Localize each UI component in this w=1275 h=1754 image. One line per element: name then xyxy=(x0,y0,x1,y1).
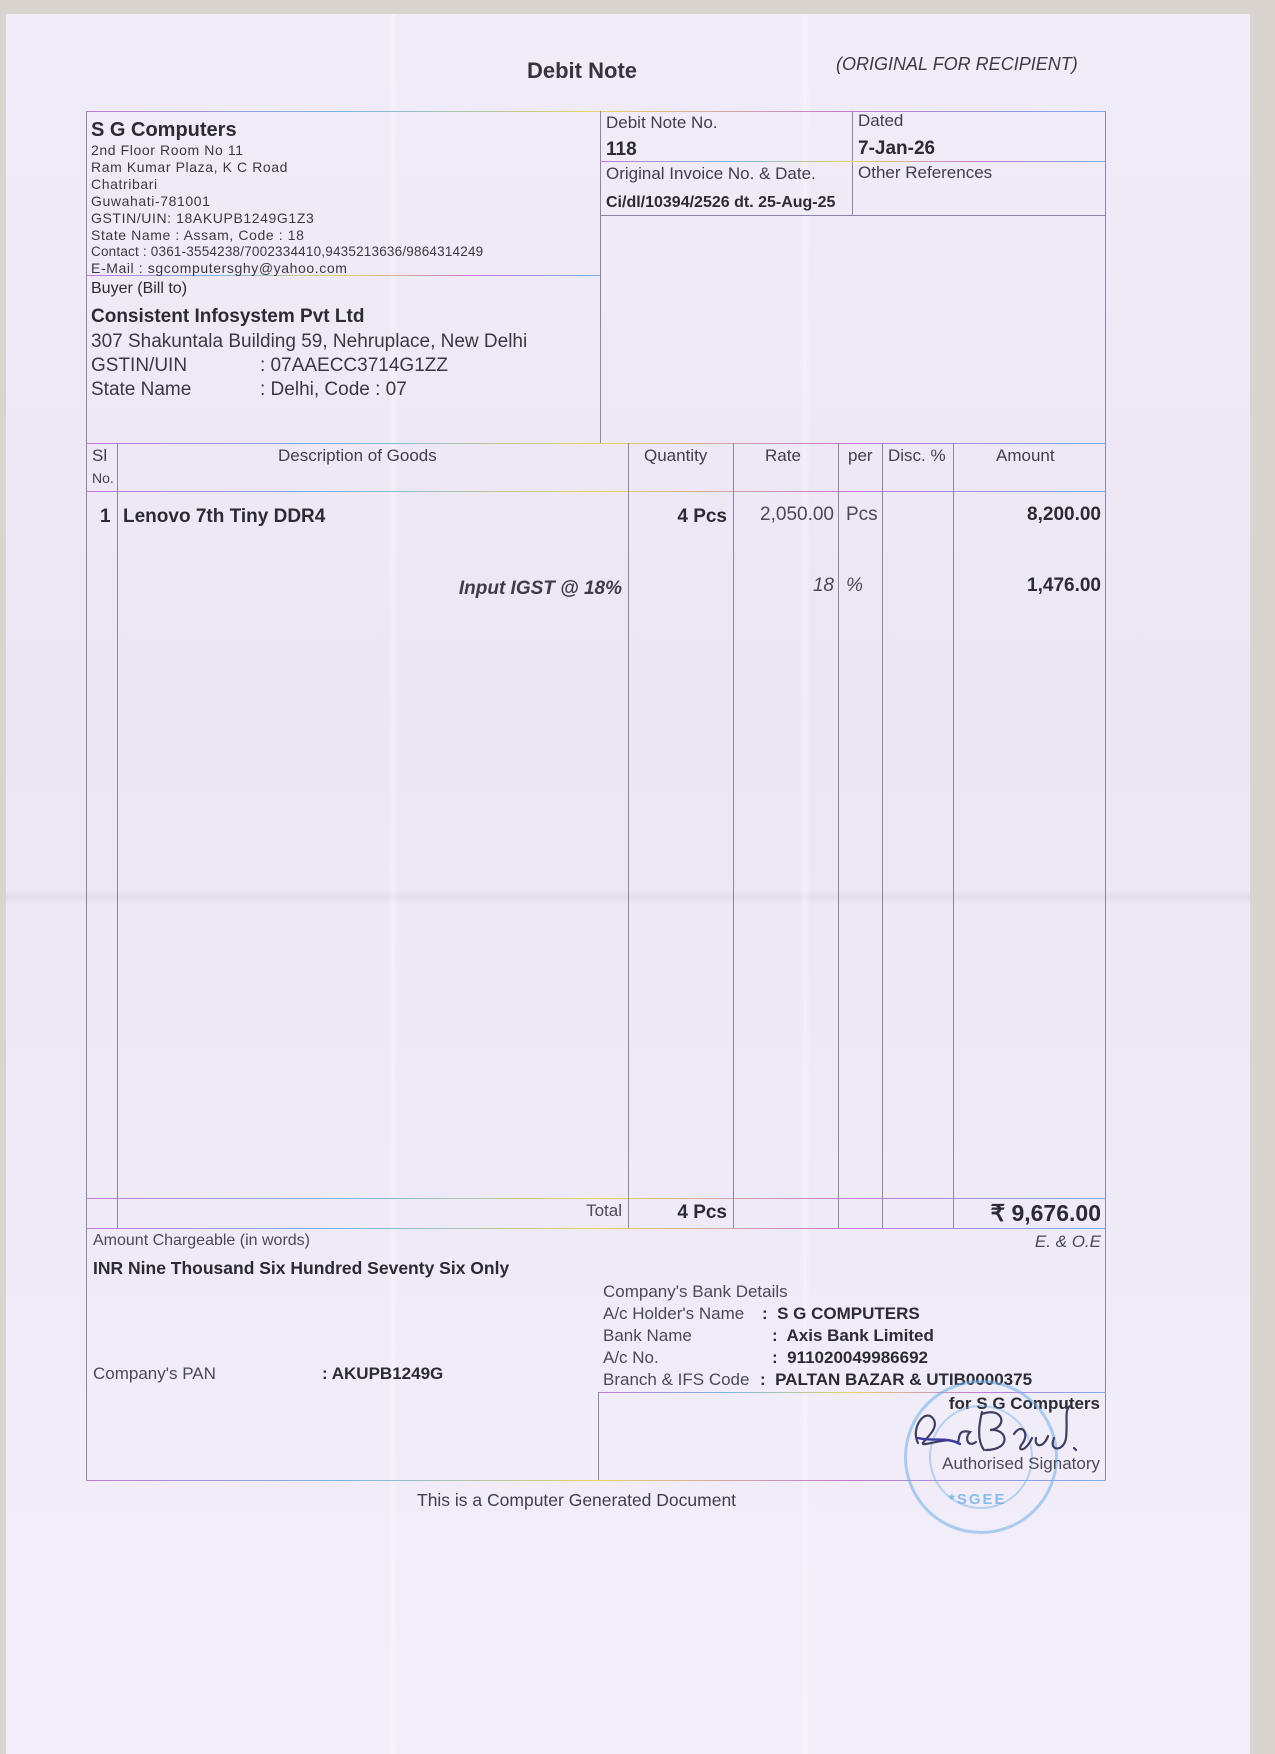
seller-address-line: 2nd Floor Room No 11 xyxy=(91,142,244,158)
item-quantity: 4 Pcs xyxy=(633,506,727,528)
table-bottom-border xyxy=(86,1228,1106,1229)
seller-state: State Name : Assam, Code : 18 xyxy=(91,227,305,243)
bank-name: Axis Bank Limited xyxy=(786,1326,933,1345)
item-rate: 2,050.00 xyxy=(738,504,834,526)
debit-note-no: 118 xyxy=(606,139,637,161)
header-quantity: Quantity xyxy=(644,446,707,466)
bank-name-value: : Axis Bank Limited xyxy=(772,1326,934,1346)
account-no: 911020049986692 xyxy=(787,1348,928,1367)
col-divider-disc xyxy=(953,443,954,1228)
seller-address-line: Guwahati-781001 xyxy=(91,193,211,209)
header-description: Description of Goods xyxy=(278,446,437,466)
header-disc: Disc. % xyxy=(888,446,946,466)
buyer-name: Consistent Infosystem Pvt Ltd xyxy=(91,306,364,328)
account-no-value: : 911020049986692 xyxy=(772,1348,928,1368)
buyer-label: Buyer (Bill to) xyxy=(91,280,187,298)
bank-name-label: Bank Name xyxy=(603,1326,692,1346)
header-rate: Rate xyxy=(765,446,801,466)
paper-fold xyxy=(800,14,810,1754)
seller-gstin: GSTIN/UIN: 18AKUPB1249G1Z3 xyxy=(91,210,314,226)
col-divider-desc xyxy=(628,443,629,1228)
original-invoice-value: Ci/dl/10394/2526 dt. 25-Aug-25 xyxy=(606,194,835,212)
buyer-state-label: State Name xyxy=(91,379,191,401)
eoe-label: E. & O.E xyxy=(958,1232,1101,1252)
dated-label: Dated xyxy=(858,111,903,131)
col-divider-sl xyxy=(117,443,118,1228)
total-quantity: 4 Pcs xyxy=(633,1202,727,1224)
seller-address-line: Ram Kumar Plaza, K C Road xyxy=(91,159,288,175)
frame-top-border xyxy=(86,111,1106,112)
header-sl: Sl xyxy=(92,446,107,466)
authorised-signatory-label: Authorised Signatory xyxy=(860,1454,1100,1474)
seller-contact: Contact : 0361-3554238/7002334410,943521… xyxy=(91,244,483,259)
account-no-label: A/c No. xyxy=(603,1348,659,1368)
item-per: Pcs xyxy=(846,504,878,526)
original-invoice-label: Original Invoice No. & Date. xyxy=(606,164,816,184)
copy-label: (ORIGINAL FOR RECIPIENT) xyxy=(836,54,1078,75)
col-divider-qty xyxy=(733,443,734,1228)
bank-holder-name: S G COMPUTERS xyxy=(777,1304,920,1323)
other-references-label: Other References xyxy=(858,163,992,183)
bank-details-title: Company's Bank Details xyxy=(603,1282,788,1302)
buyer-gstin-value: : 07AAECC3714G1ZZ xyxy=(260,355,448,377)
col-divider-rate xyxy=(838,443,839,1228)
seller-email: E-Mail : sgcomputersghy@yahoo.com xyxy=(91,260,348,276)
tax-description: Input IGST @ 18% xyxy=(300,578,622,600)
buyer-gstin-label: GSTIN/UIN xyxy=(91,355,187,377)
amount-words-label: Amount Chargeable (in words) xyxy=(93,1232,310,1250)
amount-words: INR Nine Thousand Six Hundred Seventy Si… xyxy=(93,1258,509,1279)
header-amount: Amount xyxy=(996,446,1055,466)
stamp-text: *SGEE xyxy=(949,1491,1007,1508)
signatory-box-left xyxy=(598,1392,599,1480)
bank-holder-label: A/c Holder's Name xyxy=(603,1304,744,1324)
signatory-box-top xyxy=(598,1392,1106,1393)
dated-value: 7-Jan-26 xyxy=(858,138,935,160)
debit-note-no-label: Debit Note No. xyxy=(606,113,718,133)
frame-right-border xyxy=(1105,111,1106,1481)
buyer-address: 307 Shakuntala Building 59, Nehruplace, … xyxy=(91,331,527,353)
col-divider-per xyxy=(882,443,883,1228)
total-label: Total xyxy=(500,1201,622,1221)
tax-amount: 1,476.00 xyxy=(958,575,1101,597)
item-sl: 1 xyxy=(100,506,111,528)
header-per: per xyxy=(848,446,873,466)
frame-left-border xyxy=(86,111,87,1481)
document-title: Debit Note xyxy=(527,58,637,84)
total-amount: ₹ 9,676.00 xyxy=(958,1200,1101,1227)
pan-label: Company's PAN xyxy=(93,1364,216,1384)
computer-generated-note: This is a Computer Generated Document xyxy=(417,1490,736,1511)
bank-holder-value: : S G COMPUTERS xyxy=(762,1304,920,1324)
pan-value: : AKUPB1249G xyxy=(322,1364,443,1384)
tax-per: % xyxy=(846,575,863,597)
item-description: Lenovo 7th Tiny DDR4 xyxy=(123,506,325,528)
meta-row-divider xyxy=(600,161,1105,162)
header-sl-no: No. xyxy=(92,470,114,486)
item-amount: 8,200.00 xyxy=(958,504,1101,526)
meta-bottom-divider xyxy=(600,215,1105,216)
meta-divider xyxy=(852,111,853,216)
tax-rate: 18 xyxy=(738,575,834,597)
branch-ifs-label: Branch & IFS Code xyxy=(603,1370,749,1390)
seller-name: S G Computers xyxy=(91,119,237,142)
seller-address-line: Chatribari xyxy=(91,176,158,192)
buyer-state-value: : Delhi, Code : 07 xyxy=(260,379,407,401)
